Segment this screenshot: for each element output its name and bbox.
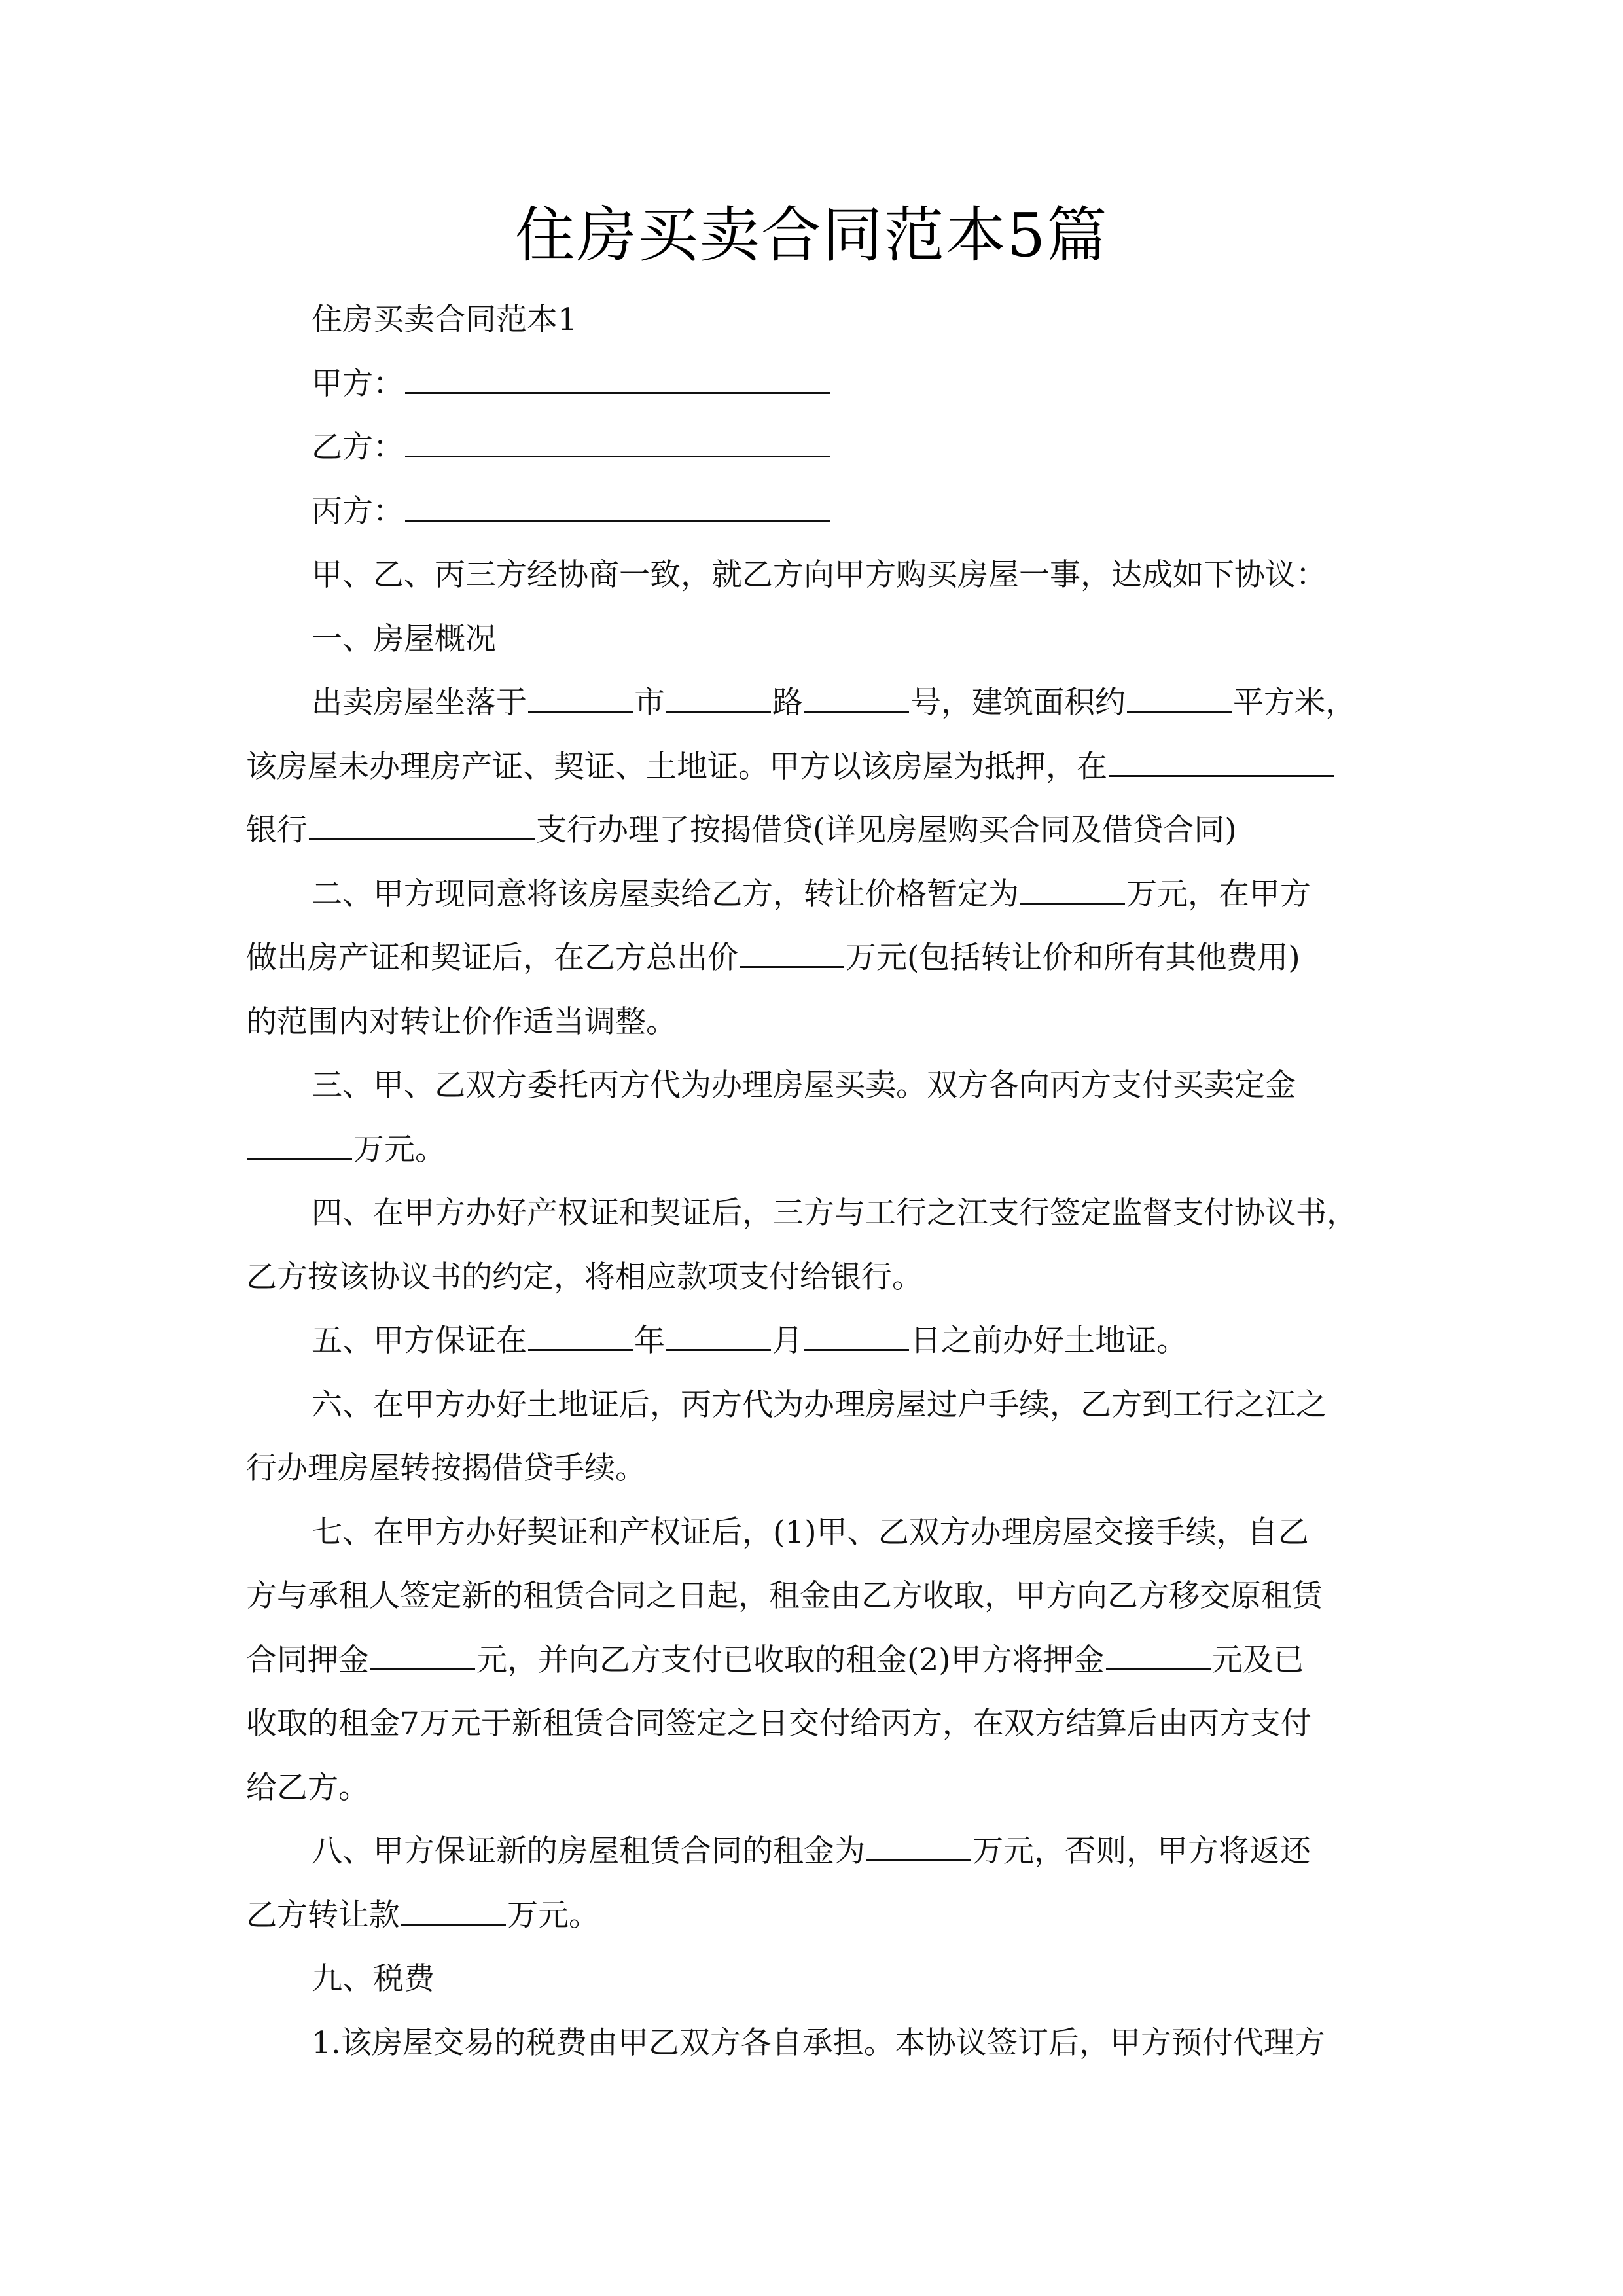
blank [401, 1897, 506, 1926]
text: 月 [772, 1323, 803, 1359]
party-b-blank [405, 429, 830, 457]
section-7-line-1: 七、在甲方办好契证和产权证后，(1)甲、乙双方办理房屋交接手续，自乙 [246, 1501, 1378, 1565]
blank [528, 685, 633, 713]
text: 二、甲方现同意将该房屋卖给乙方，转让价格暂定为 [312, 876, 1019, 912]
blank [370, 1642, 475, 1670]
text: 做出房产证和契证后，在乙方总出价 [246, 940, 738, 976]
blank [528, 1323, 633, 1351]
text: 五、甲方保证在 [312, 1323, 527, 1359]
contract-subtitle: 住房买卖合同范本1 [246, 288, 1378, 352]
blank [666, 1323, 771, 1351]
section-7-line-5: 给乙方。 [246, 1756, 1378, 1820]
text: 元，并向乙方支付已收取的租金(2)甲方将押金 [476, 1642, 1105, 1678]
text: 号，建筑面积约 [910, 685, 1126, 721]
text: 合同押金 [246, 1642, 369, 1678]
blank [1106, 1642, 1211, 1670]
text: 万元。 [353, 1132, 446, 1168]
section-9-line-1: 1.该房屋交易的税费由甲乙双方各自承担。本协议签订后，甲方预付代理方 [246, 2011, 1378, 2075]
section-8-line-1: 八、甲方保证新的房屋租赁合同的租金为万元，否则，甲方将返还 [246, 1820, 1378, 1884]
blank [247, 1132, 352, 1160]
text: 支行办理了按揭借贷(详见房屋购买合同及借贷合同) [536, 812, 1237, 848]
text: 路 [772, 685, 803, 721]
text: 万元，在甲方 [1126, 876, 1311, 912]
text: 万元，否则，甲方将返还 [972, 1833, 1311, 1869]
blank [1109, 749, 1334, 777]
text: 平方米， [1233, 685, 1356, 721]
section-1-line-3: 银行支行办理了按揭借贷(详见房屋购买合同及借贷合同) [246, 798, 1378, 863]
document-page: 住房买卖合同范本5篇 住房买卖合同范本1 甲方： 乙方： 丙方： 甲、乙、丙三方… [0, 0, 1623, 2296]
blank [1020, 876, 1125, 905]
text: 万元(包括转让价和所有其他费用) [846, 940, 1300, 976]
blank [804, 1323, 909, 1351]
section-2-line-3: 的范围内对转让价作适当调整。 [246, 990, 1378, 1054]
blank [804, 685, 909, 713]
section-1-heading: 一、房屋概况 [246, 607, 1378, 672]
document-body: 住房买卖合同范本1 甲方： 乙方： 丙方： 甲、乙、丙三方经协商一致，就乙方向甲… [246, 288, 1378, 2075]
text: 万元。 [507, 1897, 599, 1933]
text: 该房屋未办理房产证、契证、土地证。甲方以该房屋为抵押，在 [246, 749, 1107, 785]
blank [1127, 685, 1232, 713]
blank [309, 812, 535, 840]
text: 年 [634, 1323, 665, 1359]
section-3-line-2: 万元。 [246, 1118, 1378, 1182]
party-c-blank [405, 493, 830, 522]
party-a-line: 甲方： [246, 352, 1378, 416]
text: 银行 [246, 812, 308, 848]
party-a-label: 甲方： [312, 366, 404, 402]
section-1-line-1: 出卖房屋坐落于市路号，建筑面积约平方米， [246, 671, 1378, 735]
document-title: 住房买卖合同范本5篇 [0, 193, 1623, 278]
party-c-label: 丙方： [312, 493, 404, 529]
party-c-line: 丙方： [246, 480, 1378, 544]
section-1-line-2: 该房屋未办理房产证、契证、土地证。甲方以该房屋为抵押，在 [246, 735, 1378, 799]
section-4-line-1: 四、在甲方办好产权证和契证后，三方与工行之江支行签定监督支付协议书， [246, 1181, 1378, 1246]
section-8-line-2: 乙方转让款万元。 [246, 1884, 1378, 1948]
section-7-line-4: 收取的租金7万元于新租赁合同签定之日交付给丙方，在双方结算后由丙方支付 [246, 1692, 1378, 1756]
section-6-line-1: 六、在甲方办好土地证后，丙方代为办理房屋过户手续，乙方到工行之江之 [246, 1373, 1378, 1437]
party-b-line: 乙方： [246, 416, 1378, 480]
blank [666, 685, 771, 713]
text: 出卖房屋坐落于 [312, 685, 527, 721]
party-b-label: 乙方： [312, 429, 404, 465]
section-4-line-2: 乙方按该协议书的约定，将相应款项支付给银行。 [246, 1246, 1378, 1310]
section-2-line-1: 二、甲方现同意将该房屋卖给乙方，转让价格暂定为万元，在甲方 [246, 863, 1378, 927]
section-3-line-1: 三、甲、乙双方委托丙方代为办理房屋买卖。双方各向丙方支付买卖定金 [246, 1054, 1378, 1118]
text: 八、甲方保证新的房屋租赁合同的租金为 [312, 1833, 865, 1869]
section-7-line-3: 合同押金元，并向乙方支付已收取的租金(2)甲方将押金元及已 [246, 1628, 1378, 1693]
blank [866, 1833, 971, 1861]
text: 市 [634, 685, 665, 721]
text: 日之前办好土地证。 [910, 1323, 1187, 1359]
intro-paragraph: 甲、乙、丙三方经协商一致，就乙方向甲方购买房屋一事，达成如下协议： [246, 543, 1378, 607]
section-6-line-2: 行办理房屋转按揭借贷手续。 [246, 1437, 1378, 1501]
text: 乙方转让款 [246, 1897, 400, 1933]
blank [740, 940, 844, 968]
section-5-line-1: 五、甲方保证在年月日之前办好土地证。 [246, 1309, 1378, 1373]
section-2-line-2: 做出房产证和契证后，在乙方总出价万元(包括转让价和所有其他费用) [246, 926, 1378, 990]
section-9-heading: 九、税费 [246, 1947, 1378, 2011]
text: 元及已 [1212, 1642, 1304, 1678]
party-a-blank [405, 366, 830, 394]
section-7-line-2: 方与承租人签定新的租赁合同之日起，租金由乙方收取，甲方向乙方移交原租赁 [246, 1564, 1378, 1628]
